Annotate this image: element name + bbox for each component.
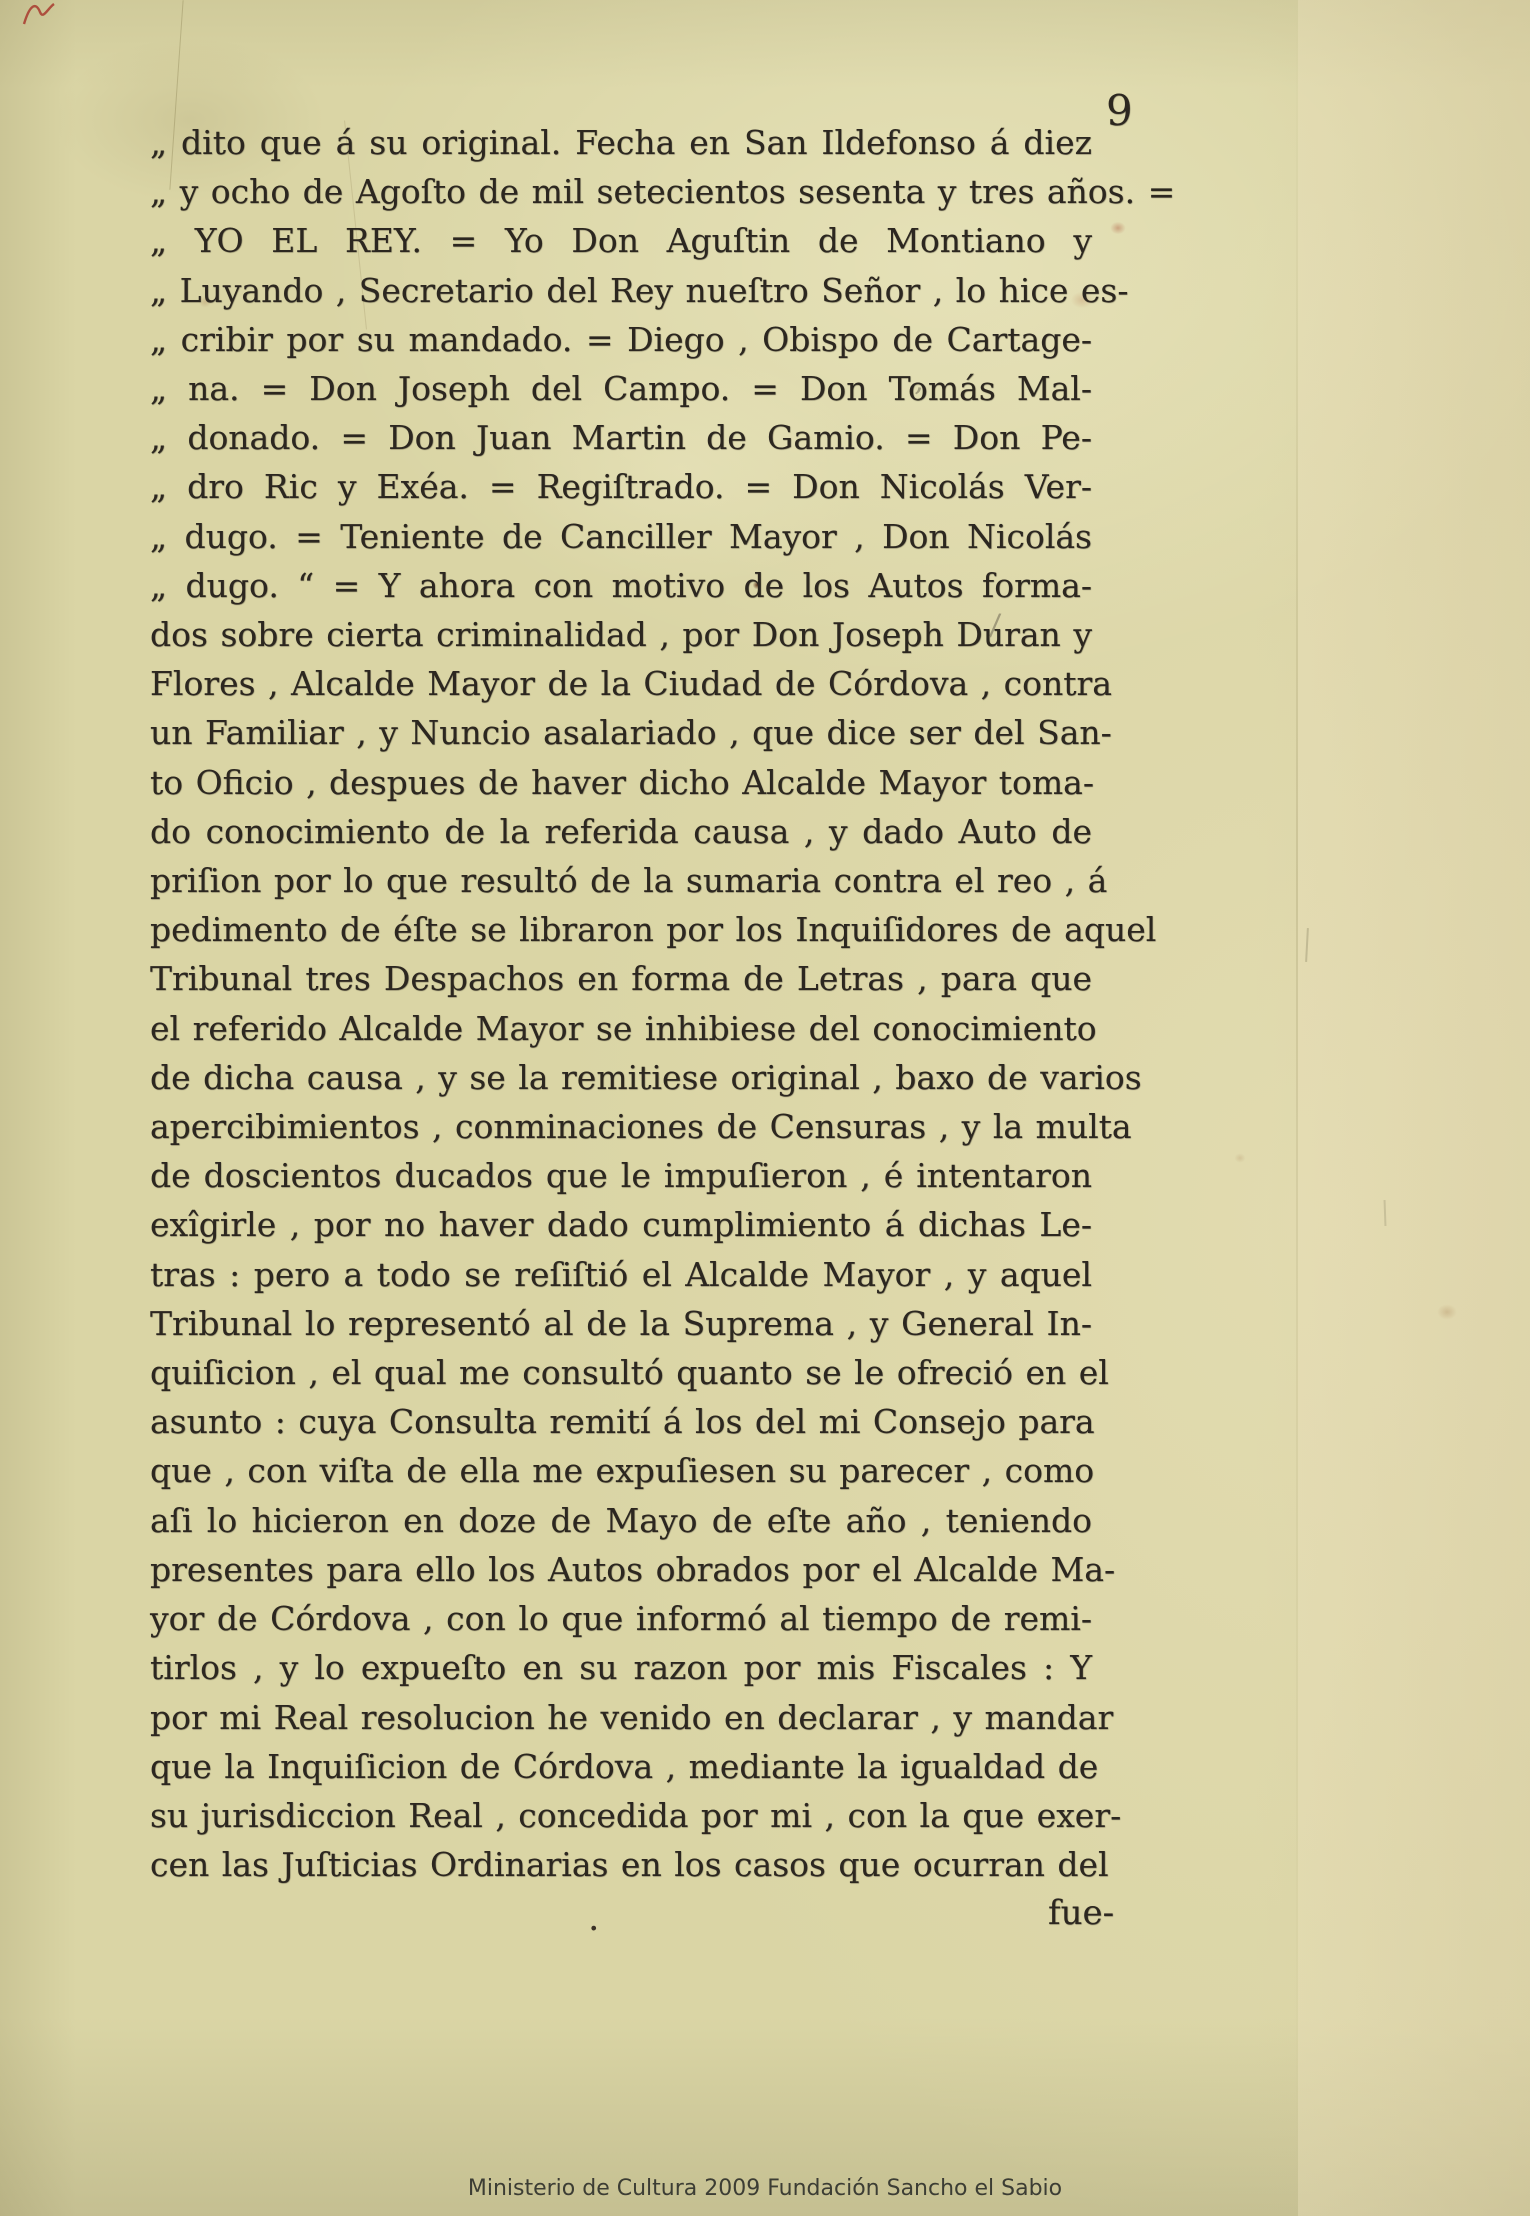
text-line: „ dito que á su original. Fecha en San I… [150, 118, 1092, 167]
text-line: to Oficio , despues de haver dicho Alcal… [150, 758, 1092, 807]
text-line: yor de Córdova , con lo que informó al t… [150, 1594, 1092, 1643]
text-line: de doscientos ducados que le impuſieron … [150, 1151, 1092, 1200]
text-line: cen las Juſticias Ordinarias en los caso… [150, 1840, 1092, 1889]
digitization-credit: Ministerio de Cultura 2009 Fundación San… [0, 2176, 1530, 2201]
text-line: asunto : cuya Consulta remití á los del … [150, 1397, 1092, 1446]
page-number: 9 [1106, 86, 1133, 135]
text-line: apercibimientos , conminaciones de Censu… [150, 1102, 1092, 1151]
text-line: que , con viſta de ella me expuſiesen su… [150, 1446, 1092, 1495]
text-line: un Familiar , y Nuncio asalariado , que … [150, 708, 1092, 757]
text-line: „ dugo. “ = Y ahora con motivo de los Au… [150, 561, 1092, 610]
text-line: por mi Real resolucion he venido en decl… [150, 1693, 1092, 1742]
text-line: aſi lo hicieron en doze de Mayo de eſte … [150, 1496, 1092, 1545]
page-edge-seam [1296, 0, 1298, 2216]
text-line: quiſicion , el qual me consultó quanto s… [150, 1348, 1092, 1397]
text-line: „ Luyando , Secretario del Rey nueſtro S… [150, 266, 1092, 315]
text-line: „ dugo. = Teniente de Canciller Mayor , … [150, 512, 1092, 561]
text-line: el referido Alcalde Mayor se inhibiese d… [150, 1004, 1092, 1053]
text-line: „ dro Ric y Exéa. = Regiſtrado. = Don Ni… [150, 462, 1092, 511]
text-line: de dicha causa , y se la remitiese origi… [150, 1053, 1092, 1102]
stray-period: . [588, 1898, 599, 1939]
text-line: do conocimiento de la referida causa , y… [150, 807, 1092, 856]
text-line: „ cribir por su mandado. = Diego , Obisp… [150, 315, 1092, 364]
catchword: fue- [1048, 1893, 1114, 1933]
text-line: dos sobre cierta criminalidad , por Don … [150, 610, 1092, 659]
text-line: pedimento de éſte se libraron por los In… [150, 905, 1092, 954]
text-line: tras : pero a todo se reſiſtió el Alcald… [150, 1250, 1092, 1299]
red-ink-mark [20, 0, 66, 30]
text-line: su jurisdiccion Real , concedida por mi … [150, 1791, 1092, 1840]
text-line: presentes para ello los Autos obrados po… [150, 1545, 1092, 1594]
text-line: „ y ocho de Agoſto de mil setecientos se… [150, 167, 1092, 216]
text-line: „ YO EL REY. = Yo Don Aguſtin de Montian… [150, 216, 1092, 265]
text-line: que la Inquiſicion de Córdova , mediante… [150, 1742, 1092, 1791]
text-line: „ donado. = Don Juan Martin de Gamio. = … [150, 413, 1092, 462]
text-line: Tribunal lo representó al de la Suprema … [150, 1299, 1092, 1348]
text-line: Flores , Alcalde Mayor de la Ciudad de C… [150, 659, 1092, 708]
scanned-document-page: 9 „ dito que á su original. Fecha en San… [0, 0, 1530, 2216]
text-line: „ na. = Don Joseph del Campo. = Don Tomá… [150, 364, 1092, 413]
text-line: Tribunal tres Despachos en forma de Letr… [150, 954, 1092, 1003]
page-edge-tint [1298, 0, 1530, 2216]
text-line: exîgirle , por no haver dado cumplimient… [150, 1200, 1092, 1249]
text-line: tirlos , y lo expueſto en su razon por m… [150, 1643, 1092, 1692]
document-text: „ dito que á su original. Fecha en San I… [150, 118, 1092, 1889]
text-line: priſion por lo que resultó de la sumaria… [150, 856, 1092, 905]
